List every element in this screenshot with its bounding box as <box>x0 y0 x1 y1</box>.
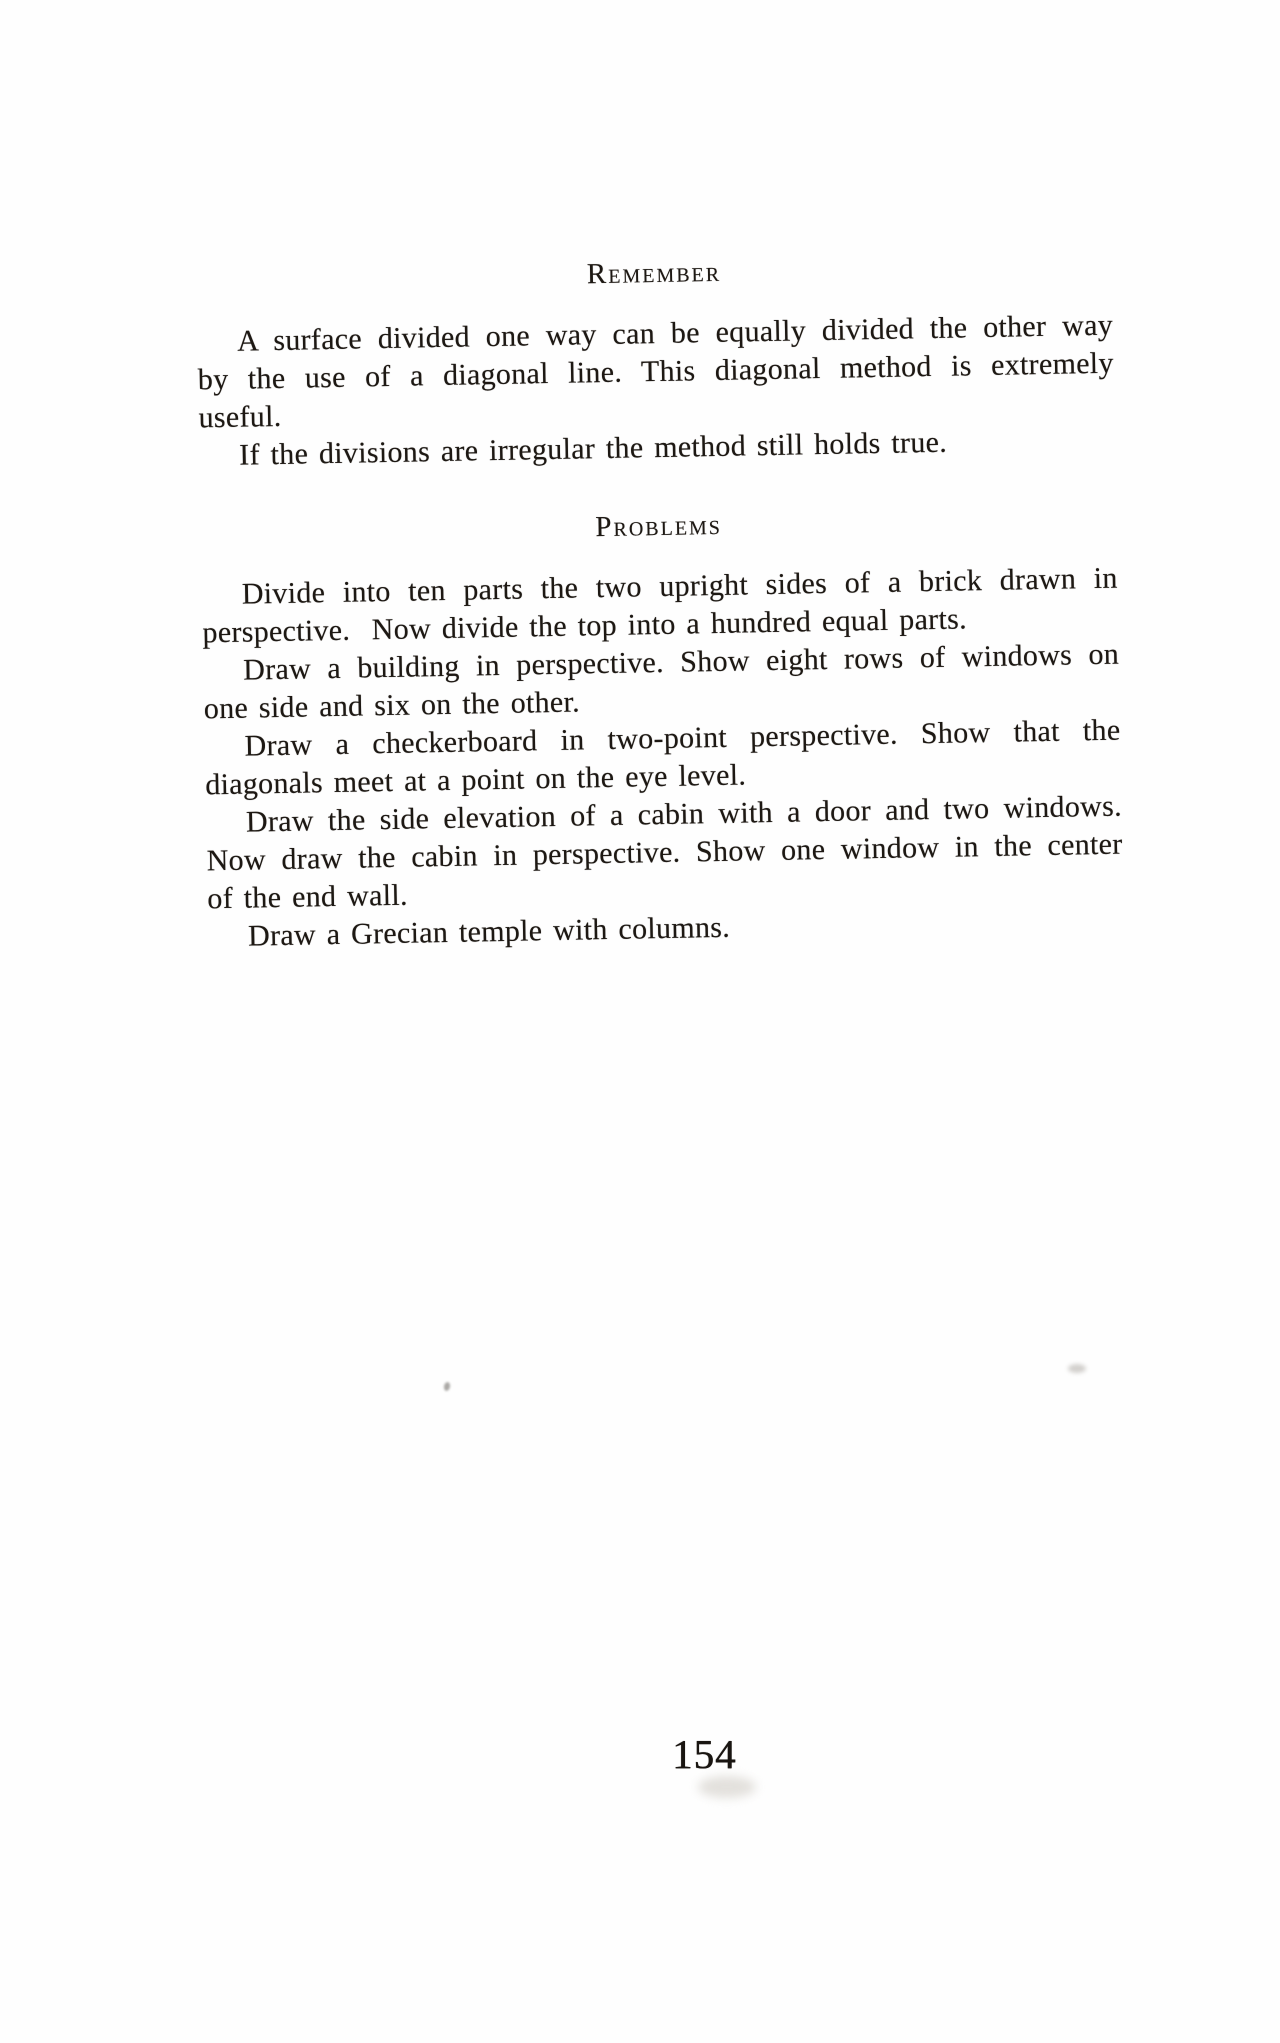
section-heading: Remember <box>196 248 1112 299</box>
text-block: RememberA surface divided one way can be… <box>196 248 1125 957</box>
section-heading: Problems <box>200 501 1116 552</box>
scan-smudge <box>698 1776 756 1798</box>
scan-speck <box>443 1381 451 1391</box>
scan-speck <box>1068 1364 1086 1373</box>
book-page: RememberA surface divided one way can be… <box>0 0 1280 2043</box>
page-number: 154 <box>672 1734 737 1774</box>
